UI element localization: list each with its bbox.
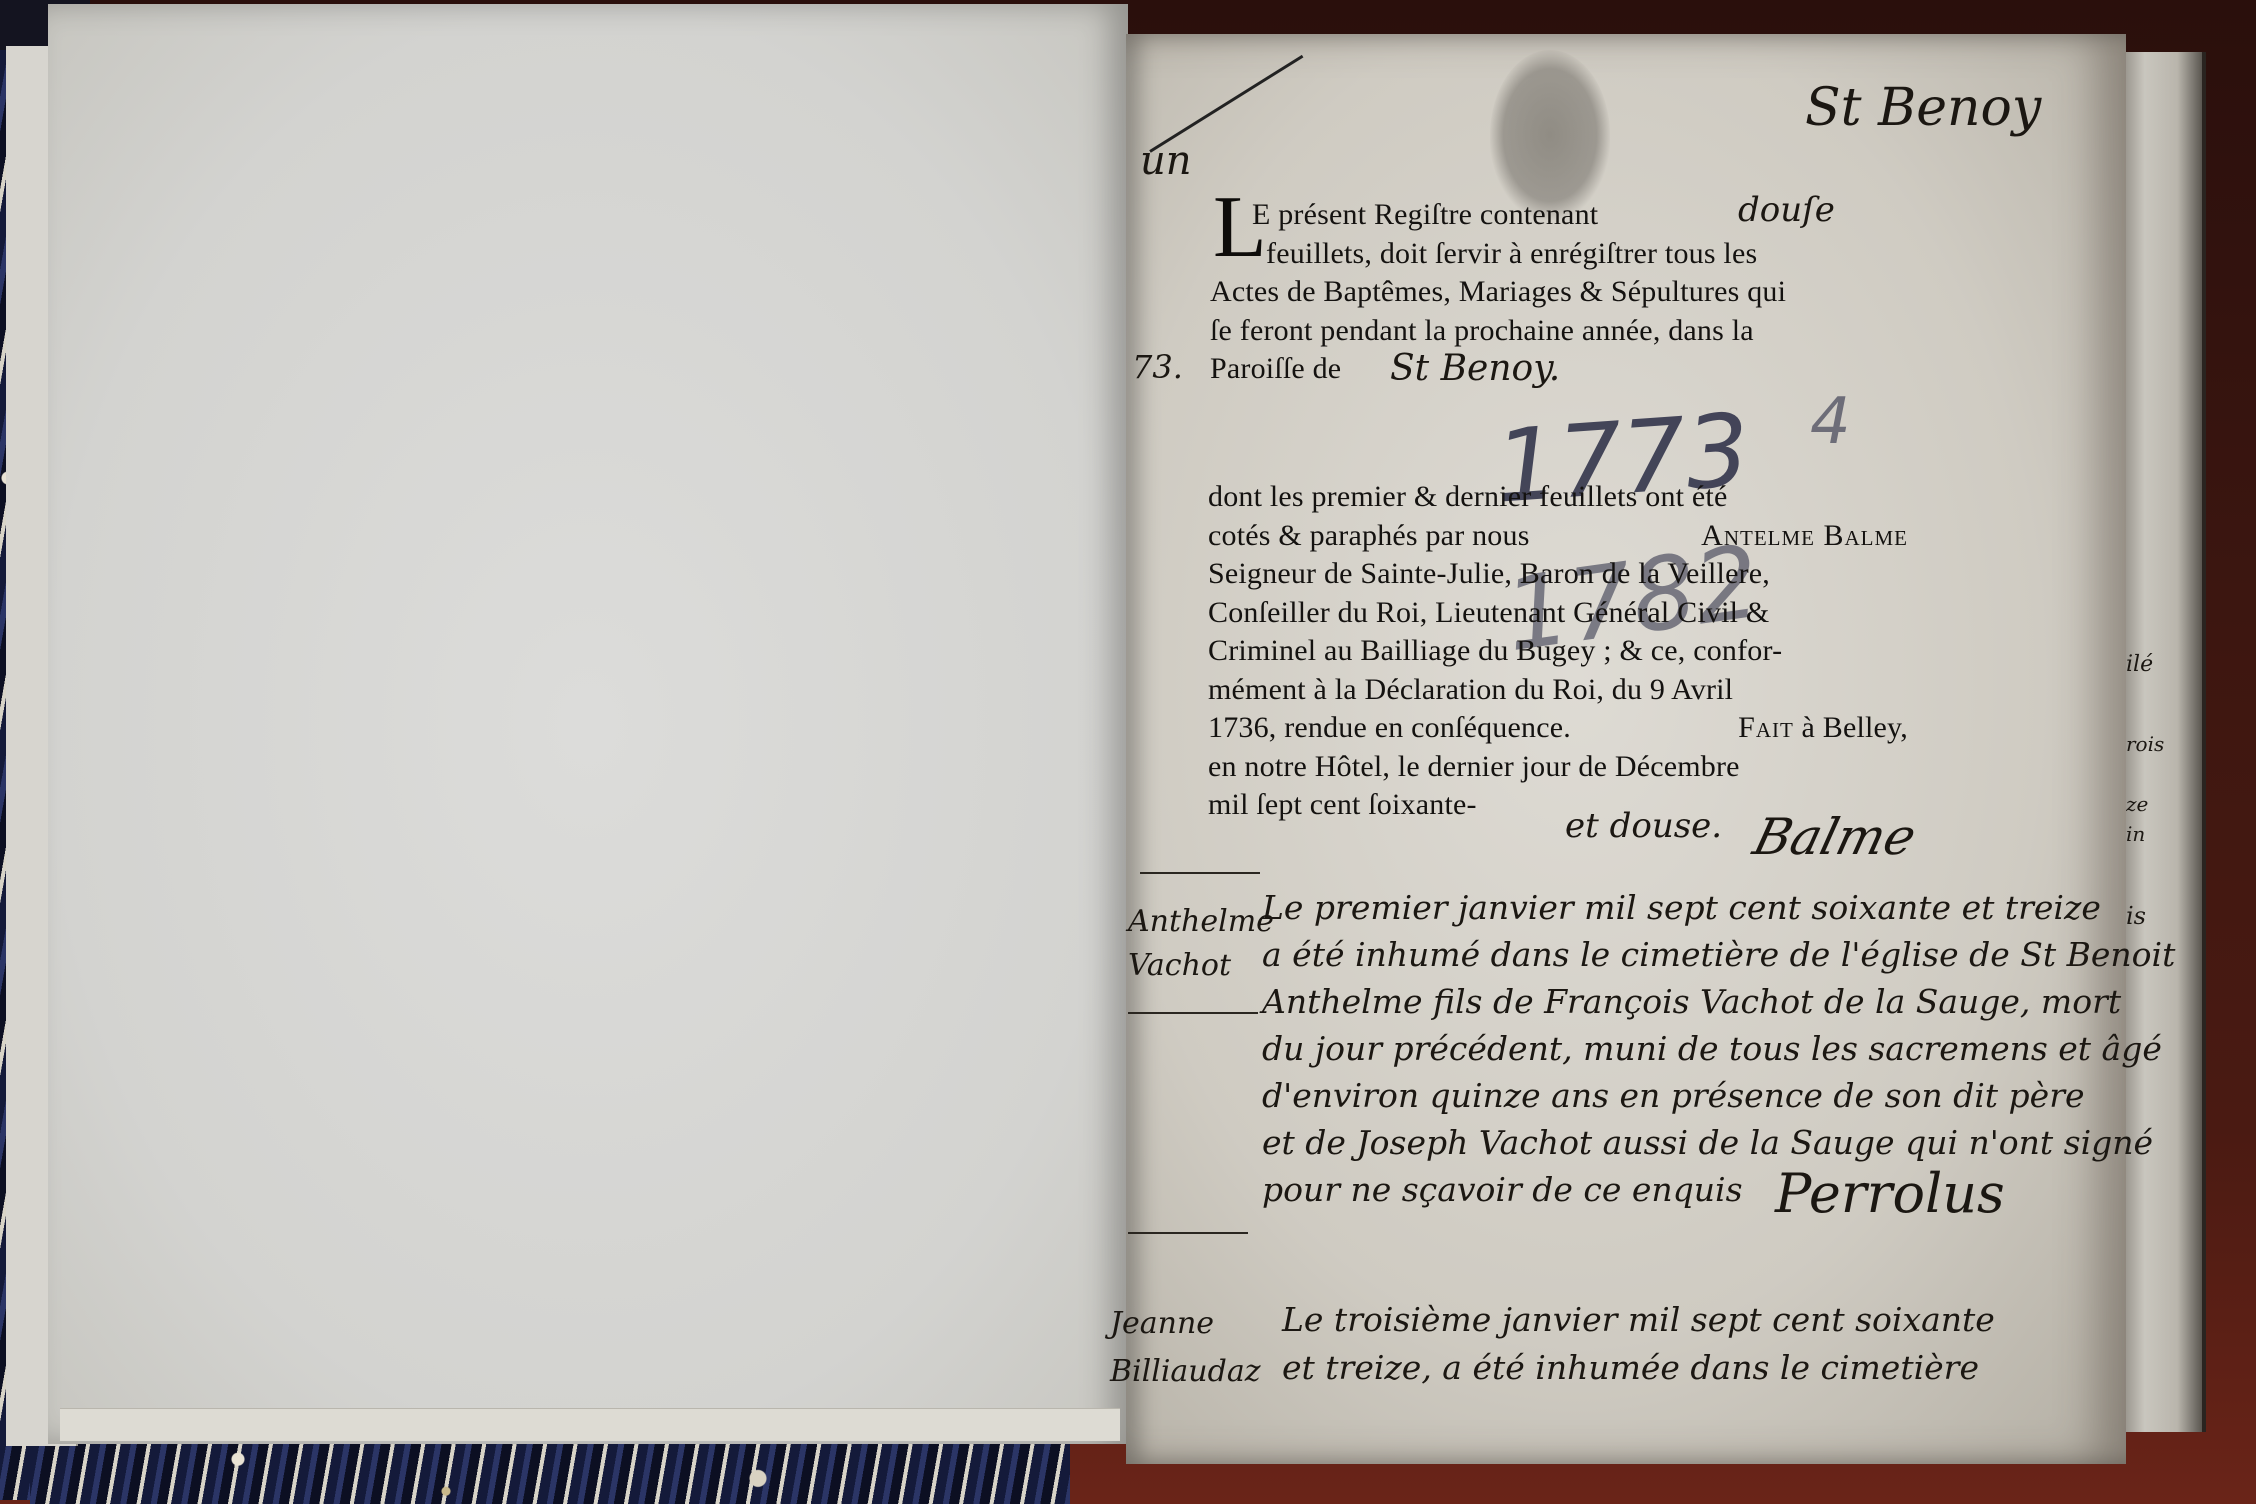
fore-edge-fragment: ilé — [2126, 652, 2153, 677]
printed-line: cotés & paraphés par nous Antelme Balme — [1208, 517, 1908, 556]
printed-line: Conſeiller du Roi, Lieutenant Général Ci… — [1208, 594, 1908, 633]
fore-edge-fragment: ze — [2126, 792, 2148, 816]
margin-rule — [1128, 1012, 1258, 1014]
printed-line: en notre Hôtel, le dernier jour de Décem… — [1208, 748, 1908, 787]
entry-2-text: Le troisième janvier mil sept cent soixa… — [1282, 1296, 1995, 1392]
printed-line: dont les premier & dernier feuillets ont… — [1208, 478, 1908, 517]
printed-line: feuillets, doit ſervir à enrégiſtrer tou… — [1266, 235, 1916, 274]
entry-1-margin-name: Anthelme Vachot — [1128, 900, 1274, 988]
handwritten-leaf-count: douſe — [1738, 190, 1835, 230]
pencil-number: 4 — [1810, 385, 1851, 459]
fore-edge-fragment: in — [2126, 822, 2145, 846]
left-page-blank — [48, 4, 1128, 1444]
handwritten-year-suffix: et douse. — [1565, 806, 1722, 846]
entry-2-margin-name: Jeanne Billiaudaz — [1110, 1300, 1261, 1396]
margin-rule — [1128, 1232, 1248, 1234]
printed-line: E présent Regiſtre contenant — [1252, 196, 1782, 235]
fore-edge-pages: is ze ilé rois in — [2120, 52, 2206, 1432]
printed-line: Paroiſſe de — [1210, 350, 1916, 389]
printed-line: Seigneur de Sainte-Julie, Baron de la Ve… — [1208, 555, 1908, 594]
handwritten-parish-name: St Benoy. — [1390, 348, 1560, 389]
fore-edge-fragment: rois — [2126, 732, 2164, 756]
margin-year: 73. — [1132, 348, 1183, 386]
printed-line: ſe feront pendant la prochaine année, da… — [1210, 312, 1910, 351]
printed-line: Actes de Baptêmes, Mariages & Sépultures… — [1210, 273, 1910, 312]
seal-stamp — [1490, 50, 1610, 220]
signature-balme: Balme — [1748, 808, 1922, 866]
margin-rule — [1140, 872, 1260, 874]
printed-line: Criminel au Bailliage du Bugey ; & ce, c… — [1208, 632, 1908, 671]
marbled-cover-bottom — [30, 1440, 1070, 1504]
signature-perrolus: Perrolus — [1775, 1162, 2005, 1225]
printed-paragraph-2: dont les premier & dernier feuillets ont… — [1208, 478, 1908, 825]
parish-annotation-top: St Benoy — [1805, 78, 2041, 138]
official-name: Antelme Balme — [1701, 517, 1908, 556]
left-page-fold — [60, 1408, 1120, 1441]
margin-mark-top: un — [1140, 138, 1192, 184]
printed-line: 1736, rendue en conſéquence. Fait à Bell… — [1208, 709, 1908, 748]
entry-1-text: Le premier janvier mil sept cent soixant… — [1262, 884, 2175, 1213]
printed-line: mément à la Déclaration du Roi, du 9 Avr… — [1208, 671, 1908, 710]
